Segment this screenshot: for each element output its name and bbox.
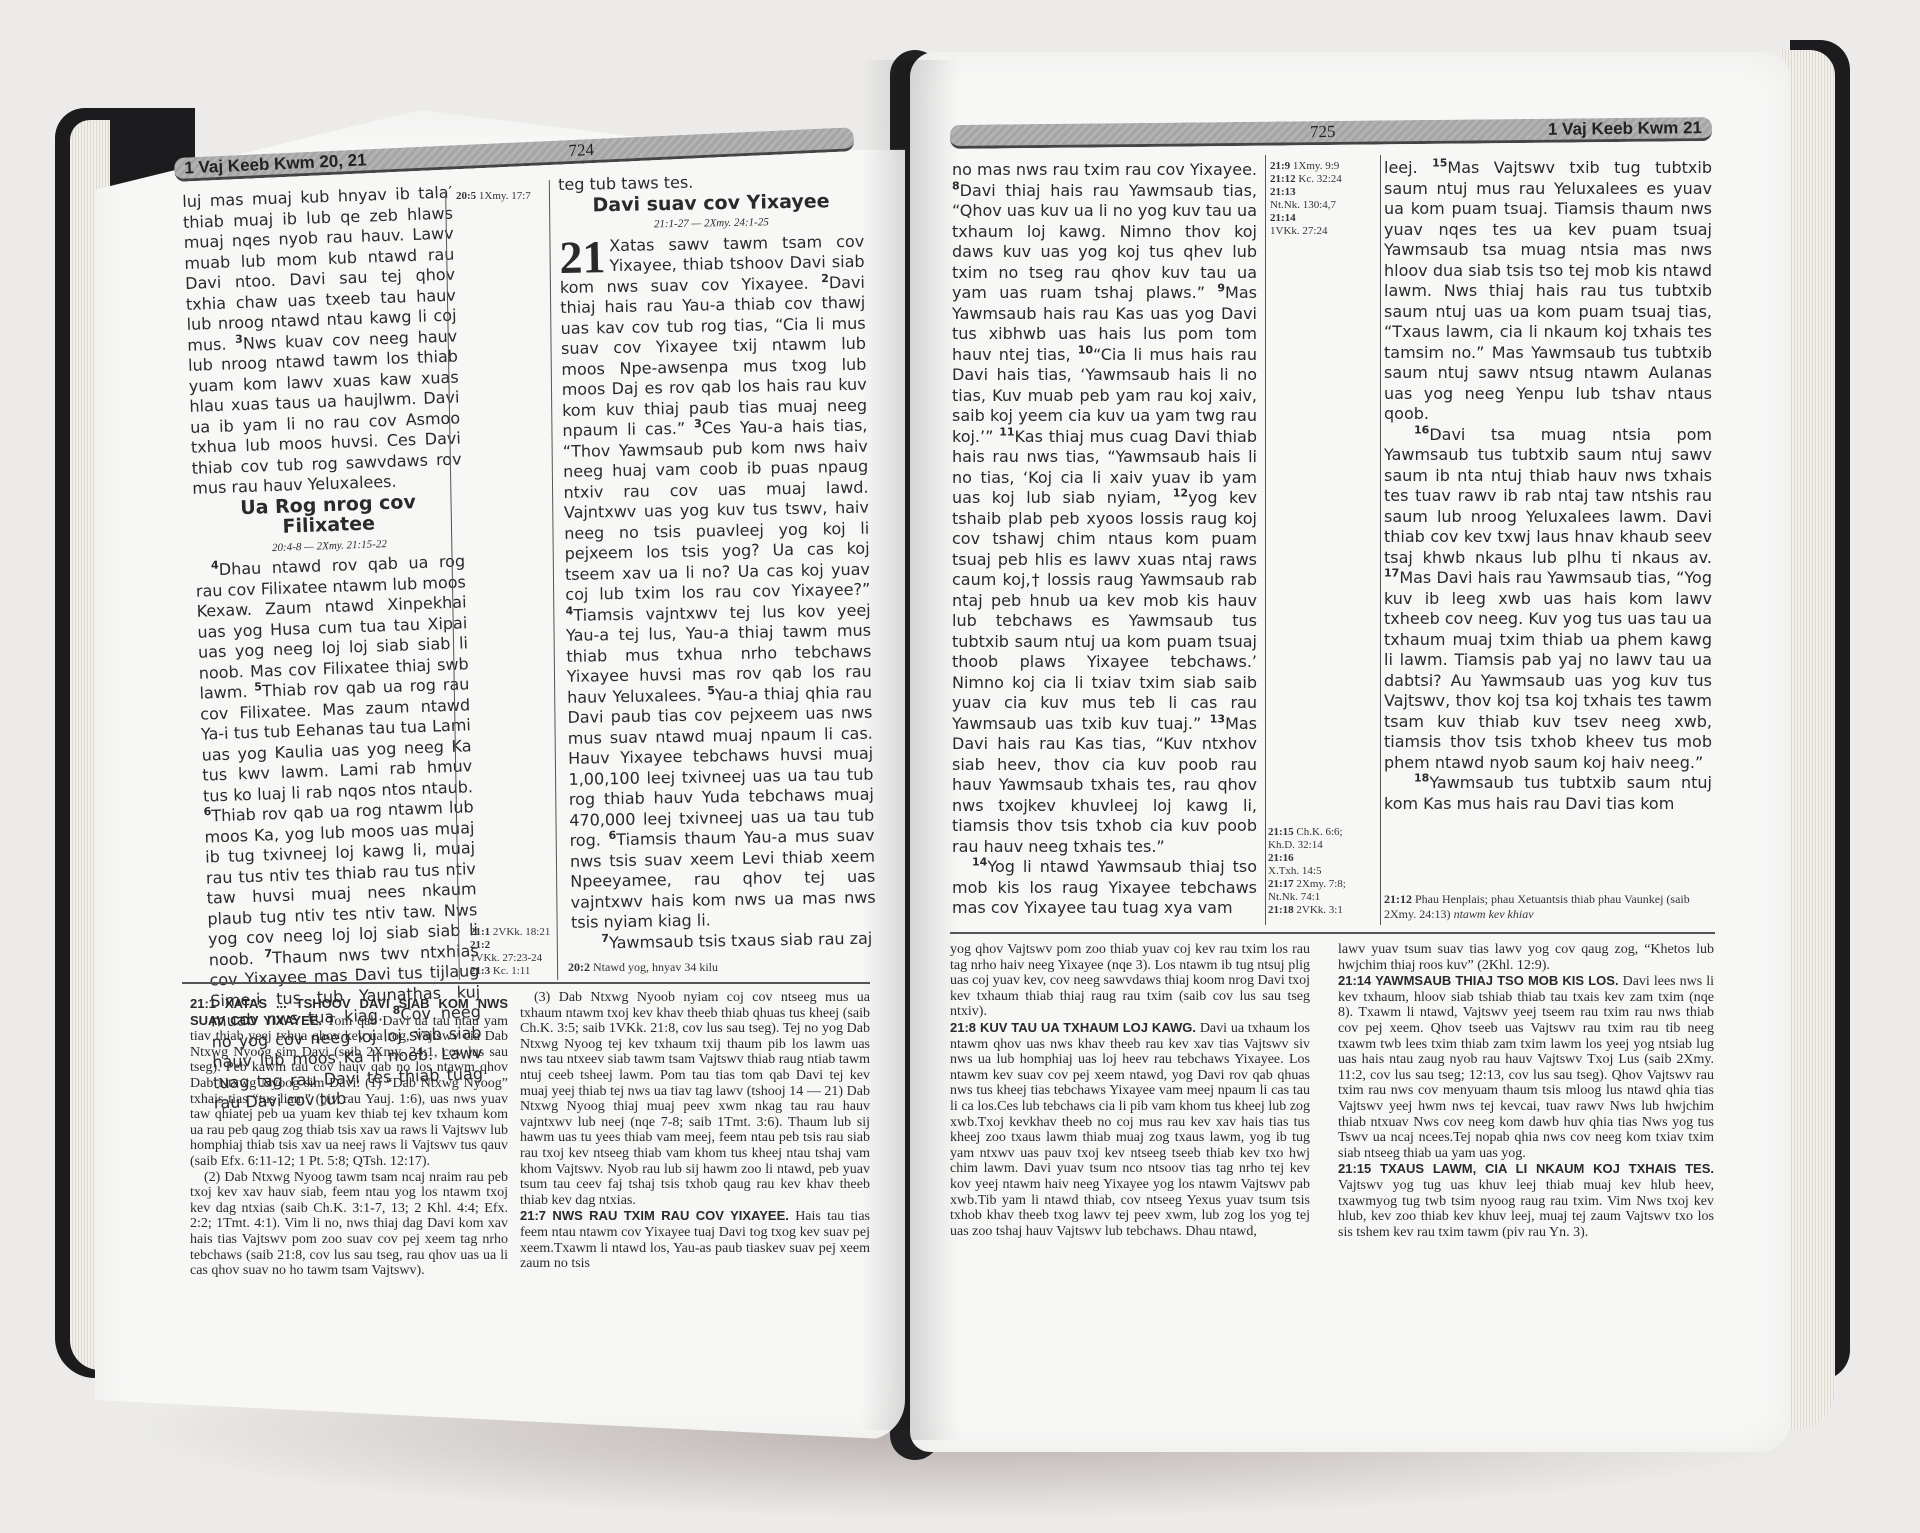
right-study-notes-col2: lawv yuav tsum suav tias lawv yog cov qa… (1338, 942, 1714, 1240)
right-margin-divider-2 (1380, 155, 1381, 925)
right-notes-divider (950, 932, 1715, 934)
right-study-notes-col1: yog qhov Vajtswv pom zoo thiab yuav coj … (950, 942, 1310, 1239)
left-margin-refs-top: 20:5 1Xmy. 17:7 (456, 190, 531, 203)
right-margin-divider-1 (1265, 155, 1266, 925)
right-margin-refs-top: 21:9 1Xmy. 9:9 21:12 Kc. 32:24 21:13 Nt.… (1270, 160, 1342, 238)
left-col2-text: teg tub taws tes. Davi suav cov Yixayee … (558, 170, 877, 954)
left-margin-refs-bottom: 21:1 2VKk. 18:21 21:2 1VKk. 27:23-24 21:… (470, 926, 550, 978)
left-notes-divider (182, 982, 870, 984)
right-footnote: 21:12 Phau Henplais; phau Xetuantsis thi… (1384, 892, 1714, 922)
right-page-number: 725 (1310, 121, 1336, 141)
left-header-title: 1 Vaj Keeb Kwm 20, 21 (184, 150, 367, 178)
right-margin-refs-bottom: 21:15 Ch.K. 6:6; Kh.D. 32:14 21:16 X.Txh… (1268, 826, 1346, 917)
left-footnote: 20:2 Ntawd yog, hnyav 34 kilu (568, 960, 718, 975)
right-header-title: 1 Vaj Keeb Kwm 21 (1548, 118, 1702, 140)
right-col1-text: no mas nws rau txim rau cov Yixayee. 8Da… (952, 160, 1257, 919)
left-page-number: 724 (568, 139, 594, 160)
left-study-notes-col1: 21:1 XATAS ... TSHOOV DAVI SIAB KOM NWS … (190, 996, 508, 1279)
right-col2-text: leej. 15Mas Vajtswv txib tug tubtxib sau… (1384, 158, 1712, 814)
left-col1-text: luj mas muaj kub hnyav ib tala′ thiab mu… (182, 183, 484, 1114)
chapter-number-21: 21 (559, 238, 606, 277)
left-study-notes-col2: (3) Dab Ntxwg Nyoob nyiam coj cov ntseeg… (520, 990, 870, 1272)
